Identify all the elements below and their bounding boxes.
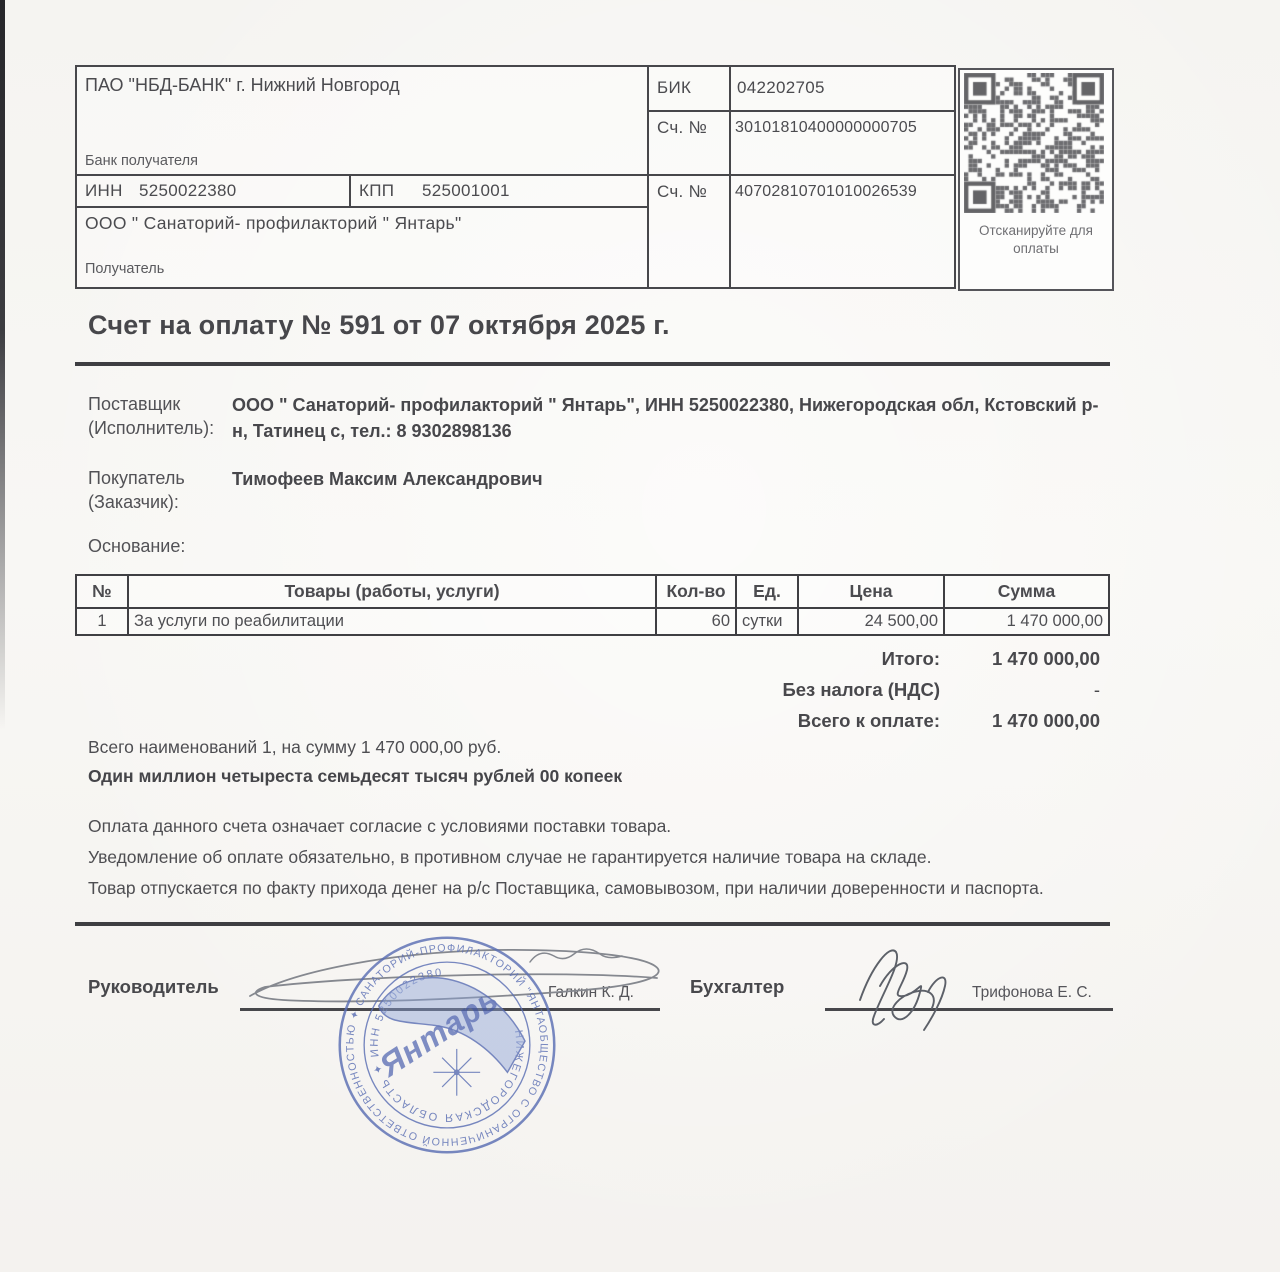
kpp-label: КПП: [359, 181, 394, 201]
col-goods: Товары (работы, услуги): [128, 575, 656, 608]
item-number: 1: [76, 608, 128, 635]
col-price: Цена: [798, 575, 944, 608]
corr-account-value: 30101810400000000705: [735, 119, 917, 137]
supplier-label-line1: Поставщик: [88, 392, 230, 416]
condition-line: Уведомление об оплате обязательно, в про…: [88, 843, 1088, 872]
col-sum: Сумма: [944, 575, 1109, 608]
bank-name: ПАО "НБД-БАНК" г. Нижний Новгород: [85, 75, 400, 96]
item-qty: 60: [656, 608, 736, 635]
payment-conditions: Оплата данного счета означает согласие с…: [88, 812, 1088, 905]
condition-line: Оплата данного счета означает согласие с…: [88, 812, 1088, 841]
buyer-label-line2: (Заказчик):: [88, 490, 230, 514]
director-label: Руководитель: [88, 976, 219, 998]
company-stamp: ОБЩЕСТВО С ОГРАНИЧЕННОЙ ОТВЕТСТВЕННОСТЬЮ…: [330, 928, 564, 1162]
divider: [647, 67, 649, 287]
condition-line: Товар отпускается по факту прихода денег…: [88, 874, 1088, 903]
stamp-center-logo: Янтарь: [372, 978, 525, 1096]
supplier-label: Поставщик (Исполнитель):: [88, 392, 230, 440]
divider: [729, 67, 731, 287]
accountant-name: Трифонова Е. С.: [972, 984, 1092, 1002]
bik-label: БИК: [657, 78, 691, 98]
items-table-header-row: № Товары (работы, услуги) Кол-во Ед. Цен…: [76, 575, 1109, 608]
accountant-label: Бухгалтер: [690, 976, 784, 998]
inn-value: 5250022380: [139, 181, 237, 201]
recipient-name: ООО " Санаторий- профилакторий " Янтарь": [85, 213, 461, 234]
invoice-title: Счет на оплату № 591 от 07 октября 2025 …: [88, 310, 670, 341]
summary-count-line: Всего наименований 1, на сумму 1 470 000…: [88, 737, 501, 758]
supplier-label-line2: (Исполнитель):: [88, 416, 230, 440]
grand-total-value: 1 470 000,00: [860, 710, 1100, 732]
bank-label: Банк получателя: [85, 153, 198, 169]
bank-requisites-table: ПАО "НБД-БАНК" г. Нижний Новгород Банк п…: [75, 65, 956, 289]
col-number: №: [76, 575, 128, 608]
qr-caption: Отсканируйте для оплаты: [960, 222, 1112, 258]
items-table: № Товары (работы, услуги) Кол-во Ед. Цен…: [75, 574, 1110, 636]
buyer-value: Тимофеев Максим Александрович: [232, 466, 543, 492]
account-value: 40702810701010026539: [735, 183, 917, 201]
qr-payment-box: Отсканируйте для оплаты: [958, 68, 1114, 291]
item-sum: 1 470 000,00: [944, 608, 1109, 635]
kpp-value: 525001001: [422, 181, 510, 201]
col-qty: Кол-во: [656, 575, 736, 608]
qr-caption-line1: Отсканируйте для: [960, 222, 1112, 240]
divider: [77, 174, 954, 176]
divider: [349, 176, 351, 206]
item-unit: сутки: [736, 608, 798, 635]
supplier-value: ООО " Санаторий- профилакторий " Янтарь"…: [232, 392, 1107, 444]
total-value: 1 470 000,00: [860, 648, 1100, 670]
accountant-signature: [832, 936, 962, 1031]
item-price: 24 500,00: [798, 608, 944, 635]
summary-words-line: Один миллион четыреста семьдесят тысяч р…: [88, 766, 622, 787]
divider: [647, 110, 954, 112]
signature-section-rule: [75, 922, 1110, 926]
inn-label: ИНН: [85, 181, 123, 201]
scanned-invoice-page: ПАО "НБД-БАНК" г. Нижний Новгород Банк п…: [0, 0, 1280, 1272]
item-description: За услуги по реабилитации: [128, 608, 656, 635]
items-table-row: 1 За услуги по реабилитации 60 сутки 24 …: [76, 608, 1109, 635]
qr-code: [964, 73, 1104, 213]
bik-value: 042202705: [737, 78, 825, 98]
vat-value: -: [860, 679, 1100, 701]
col-unit: Ед.: [736, 575, 798, 608]
basis-label: Основание:: [88, 534, 185, 558]
divider: [77, 206, 649, 208]
buyer-label: Покупатель (Заказчик):: [88, 466, 230, 514]
title-rule: [75, 362, 1110, 366]
corr-account-label: Сч. №: [657, 118, 707, 138]
scan-edge-shadow: [0, 0, 5, 730]
qr-caption-line2: оплаты: [960, 240, 1112, 258]
recipient-label: Получатель: [85, 261, 164, 277]
buyer-label-line1: Покупатель: [88, 466, 230, 490]
account-label: Сч. №: [657, 182, 707, 202]
